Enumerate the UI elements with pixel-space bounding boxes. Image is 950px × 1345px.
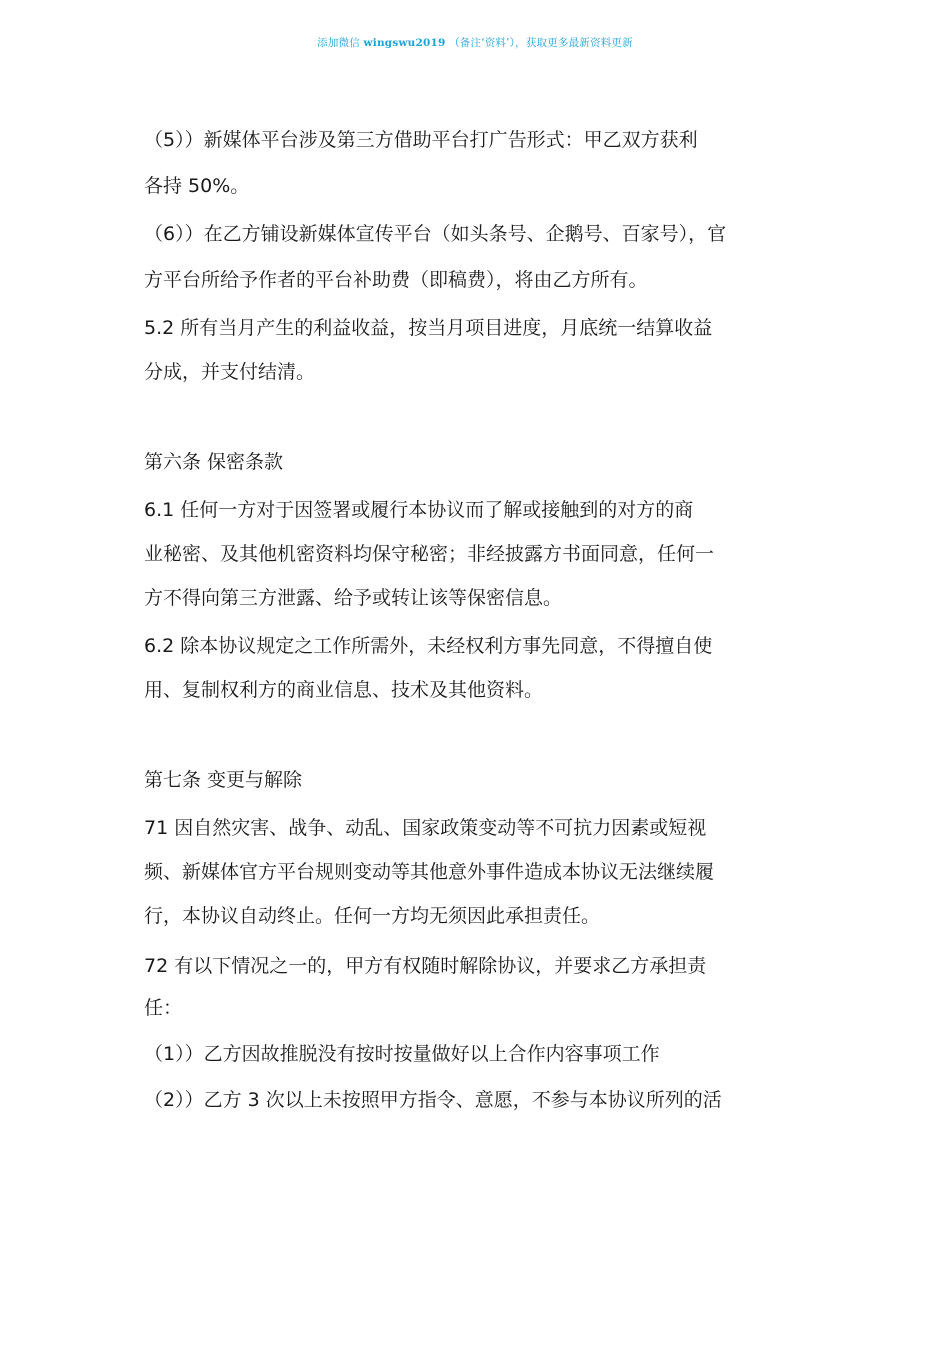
clause-7-2-line-1: 72 有以下情况之一的，甲方有权随时解除协议，并要求乙方承担责 bbox=[144, 954, 706, 978]
clause-5-2-line-2: 分成，并支付结清。 bbox=[144, 360, 315, 384]
clause-7-2-2: （2））乙方 3 次以上未按照甲方指令、意愿，不参与本协议所列的活 bbox=[144, 1088, 722, 1112]
clause-7-1-line-1: 71 因自然灾害、战争、动乱、国家政策变动等不可抗力因素或短视 bbox=[144, 816, 706, 840]
clause-5-1-6-line-2: 方平台所给予作者的平台补助费（即稿费），将由乙方所有。 bbox=[144, 268, 648, 292]
clause-6-1-line-3: 方不得向第三方泄露、给予或转让该等保密信息。 bbox=[144, 586, 562, 610]
header-suffix: （备注‘资料’），获取更多最新资料更新 bbox=[449, 37, 633, 49]
clause-6-1-line-2: 业秘密、及其他机密资料均保守秘密；非经披露方书面同意，任何一 bbox=[144, 542, 714, 566]
clause-7-1-line-2: 频、新媒体官方平台规则变动等其他意外事件造成本协议无法继续履 bbox=[144, 860, 714, 884]
clause-5-2-line-1: 5.2 所有当月产生的利益收益，按当月项目进度，月底统一结算收益 bbox=[144, 316, 712, 340]
clause-5-1-6-line-1: （6））在乙方铺设新媒体宣传平台（如头条号、企鹅号、百家号），官 bbox=[144, 222, 726, 246]
clause-7-2-line-2: 任： bbox=[144, 996, 182, 1020]
clause-7-1-line-3: 行，本协议自动终止。任何一方均无须因此承担责任。 bbox=[144, 904, 600, 928]
clause-5-1-5-line-2: 各持 50%。 bbox=[144, 174, 249, 198]
section-6-heading: 第六条 保密条款 bbox=[144, 450, 283, 474]
clause-6-2-line-2: 用、复制权利方的商业信息、技术及其他资料。 bbox=[144, 678, 543, 702]
watermark-header: 添加微信 wingswu2019 （备注‘资料’），获取更多最新资料更新 bbox=[0, 35, 950, 50]
clause-6-1-line-1: 6.1 任何一方对于因签署或履行本协议而了解或接触到的对方的商 bbox=[144, 498, 693, 522]
header-prefix: 添加微信 bbox=[317, 37, 360, 49]
clause-5-1-5-line-1: （5））新媒体平台涉及第三方借助平台打广告形式：甲乙双方获利 bbox=[144, 128, 698, 152]
clause-7-2-1: （1））乙方因故推脱没有按时按量做好以上合作内容事项工作 bbox=[144, 1042, 660, 1066]
header-brand: wingswu2019 bbox=[364, 37, 446, 49]
section-7-heading: 第七条 变更与解除 bbox=[144, 768, 302, 792]
clause-6-2-line-1: 6.2 除本协议规定之工作所需外，未经权利方事先同意，不得擅自使 bbox=[144, 634, 712, 658]
